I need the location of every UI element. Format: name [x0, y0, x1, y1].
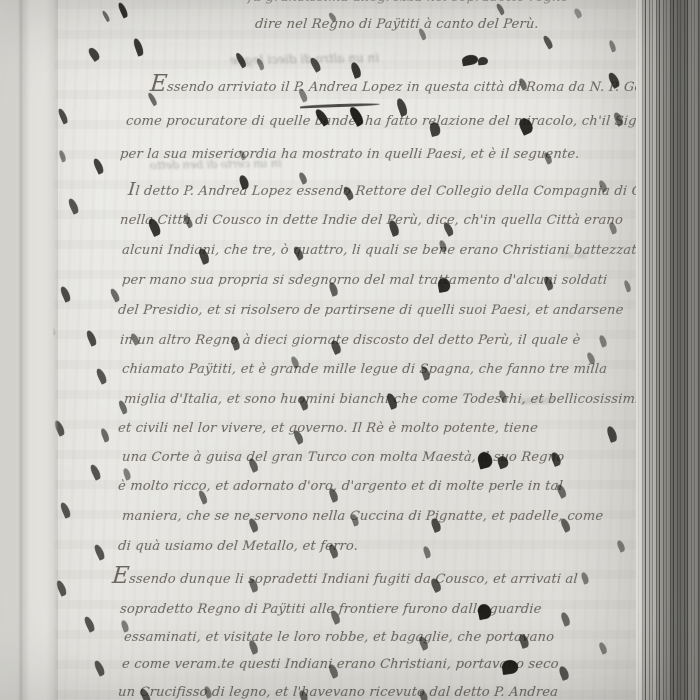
- manuscript-line: di quà usiamo del Metallo, et ferro.: [117, 538, 359, 556]
- manuscript-line: et civili nel lor vivere, et governo. Il…: [117, 420, 538, 438]
- manuscript-line: maniera, che se ne servono nella Cuccina…: [121, 508, 604, 526]
- manuscript-line: per la sua misericordia ha mostrato in q…: [119, 146, 580, 164]
- manuscript-line: chiamato Paÿtiti, et è grande mille legu…: [121, 361, 608, 379]
- manuscript-line: del Presidio, et si risolsero de partirs…: [117, 302, 624, 320]
- manuscript-photograph: { "document": { "kind": "handwritten man…: [0, 0, 700, 700]
- manuscript-line: e come veram.te questi Indiani erano Chr…: [121, 656, 559, 674]
- manuscript-line: nella Città di Cousco in dette Indie del…: [119, 212, 624, 230]
- manuscript-line: Essendo dunque li sopradetti Indiani fug…: [111, 571, 578, 589]
- manuscript-line: dire nel Regno di Paÿtiti à canto del Pe…: [254, 16, 539, 34]
- binding-gutter: [636, 0, 700, 700]
- manuscript-line: per mano sua propria si sdegnorno del ma…: [121, 272, 608, 290]
- gutter-shadow: [554, 0, 644, 700]
- manuscript-line: essaminati, et visitate le loro robbe, e…: [123, 629, 555, 647]
- manuscript-page: 25in un altro di dieci leguela seruandma…: [0, 0, 700, 700]
- left-page-edge: [0, 0, 58, 700]
- manuscript-line: in un altro Regno à dieci giornate disco…: [119, 332, 581, 350]
- manuscript-line: è molto ricco, et adornato d'oro, d'arge…: [117, 478, 563, 496]
- manuscript-line: fu grandissima allegrezza nel sopradetto…: [247, 0, 570, 7]
- manuscript-line: un Crucifisso di legno, et l'havevano ri…: [117, 684, 559, 700]
